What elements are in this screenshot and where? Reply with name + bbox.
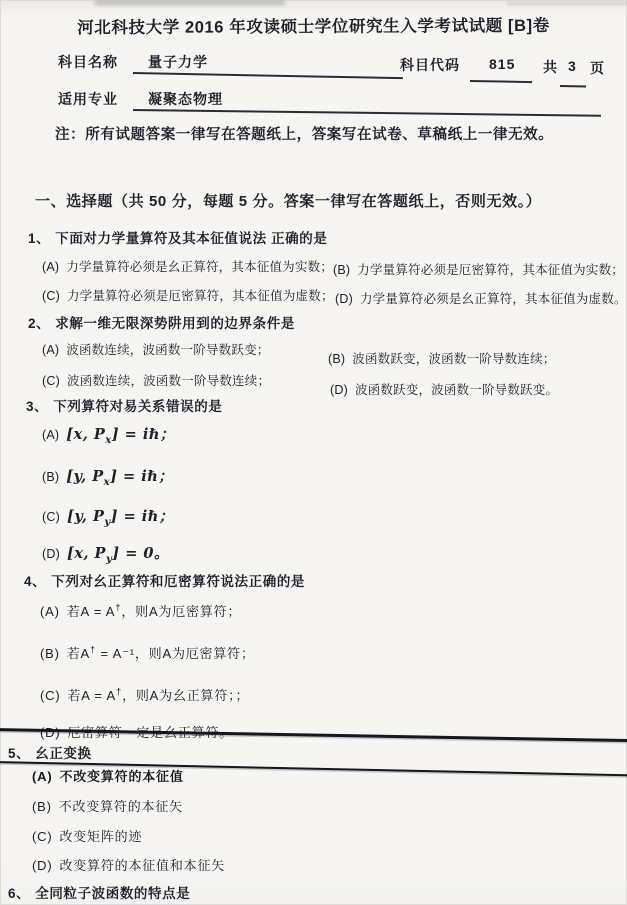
- question-2-text: 求解一维无限深势阱用到的边界条件是: [55, 316, 295, 331]
- question-1-number: 1、: [28, 231, 50, 246]
- pages-total-label: 共: [543, 57, 558, 77]
- question-3-option-a: (A)[x, Px] = iℏ；: [42, 423, 175, 446]
- exam-title: 河北科技大学 2016 年攻读硕士学位研究生入学考试试题 [B]卷: [0, 11, 627, 38]
- subject-name-label: 科目名称: [58, 52, 118, 72]
- exam-paper-page: 河北科技大学 2016 年攻读硕士学位研究生入学考试试题 [B]卷 科目名称 量…: [0, 0, 627, 905]
- question-3-option-b: (B)[y, Px] = iℏ；: [42, 465, 173, 488]
- question-4-text: 下列对幺正算符和厄密算符说法正确的是: [51, 574, 305, 589]
- question-3-number: 3、: [26, 399, 48, 414]
- question-1-stem: 1、下面对力学量算符及其本征值说法 正确的是: [28, 227, 327, 247]
- pages-total-value: 3: [568, 58, 577, 74]
- commutator-formula: [y, Py] = iℏ；: [67, 508, 174, 525]
- question-3-stem: 3、下列算符对易关系错误的是: [26, 395, 222, 415]
- major-label: 适用专业: [58, 89, 118, 109]
- question-2-option-a: (A)波函数连续，波函数一阶导数跃变；: [42, 340, 269, 358]
- question-5-stem: 5、幺正变换: [8, 742, 92, 762]
- question-5-option-c: (C)改变矩阵的迹: [32, 826, 142, 845]
- question-1-text: 下面对力学量算符及其本征值说法 正确的是: [55, 231, 327, 246]
- question-1-option-c: (C)力学量算符必须是厄密算符，其本征值为虚数；: [42, 286, 334, 304]
- question-1-option-d: (D)力学量算符必须是幺正算符，其本征值为虚数。: [335, 289, 627, 307]
- question-6-text: 全同粒子波函数的特点是: [35, 886, 190, 901]
- question-4-option-c: (C)若A = A†，则A为幺正算符；；: [40, 685, 249, 704]
- commutator-formula: [x, Py] = 0。: [67, 545, 169, 562]
- question-2-option-d: (D)波函数跃变，波函数一阶导数跃变。: [330, 380, 558, 398]
- scan-smudge-top-right: [507, 2, 627, 5]
- pages-total-underline: [560, 85, 586, 87]
- question-5-option-a: (A)不改变算符的本征值: [32, 766, 184, 785]
- subject-code-label: 科目代码: [400, 55, 460, 75]
- question-2-stem: 2、求解一维无限深势阱用到的边界条件是: [28, 312, 295, 332]
- subject-code-value: 815: [489, 56, 515, 72]
- question-3-option-c: (C)[y, Py] = iℏ；: [42, 505, 174, 528]
- question-2-option-b: (B)波函数跃变，波函数一阶导数连续；: [328, 349, 555, 367]
- subject-code-underline: [470, 80, 532, 83]
- scan-smudge-top: [95, 0, 285, 5]
- question-2-option-c: (C)波函数连续，波函数一阶导数连续；: [42, 371, 270, 389]
- question-5-number: 5、: [8, 746, 30, 761]
- question-5-text: 幺正变换: [35, 746, 91, 761]
- subject-name-value: 量子力学: [148, 52, 208, 72]
- commutator-formula: [y, Px] = iℏ；: [66, 468, 173, 485]
- question-5-option-b: (B)不改变算符的本征矢: [32, 796, 183, 815]
- question-4-option-a: (A)若A = A†，则A为厄密算符；: [40, 601, 241, 620]
- question-4-number: 4、: [24, 574, 46, 589]
- question-3-text: 下列算符对易关系错误的是: [53, 399, 222, 414]
- question-4-stem: 4、下列对幺正算符和厄密算符说法正确的是: [24, 570, 305, 590]
- section-heading-multiple-choice: 一、选择题（共 50 分，每题 5 分。答案一律写在答题纸上，否则无效。）: [35, 190, 541, 211]
- question-5-option-d: (D)改变算符的本征值和本征矢: [32, 855, 225, 874]
- question-2-number: 2、: [28, 316, 50, 331]
- subject-name-underline: [133, 72, 403, 79]
- question-4-option-b: (B)若A† = A⁻¹，则A为厄密算符；: [40, 643, 255, 662]
- major-underline: [133, 109, 601, 117]
- question-1-option-a: (A)力学量算符必须是幺正算符，其本征值为实数；: [42, 257, 333, 275]
- question-6-stem: 6、全同粒子波函数的特点是: [8, 882, 190, 902]
- question-1-option-b: (B)力学量算符必须是厄密算符，其本征值为实数；: [333, 260, 624, 278]
- exam-notice: 注：所有试题答案一律写在答题纸上，答案写在试卷、草稿纸上一律无效。: [55, 123, 553, 144]
- pages-unit-label: 页: [590, 58, 605, 78]
- major-value: 凝聚态物理: [148, 89, 223, 109]
- question-6-number: 6、: [8, 886, 30, 901]
- commutator-formula: [x, Px] = iℏ；: [66, 426, 175, 443]
- question-3-option-d: (D)[x, Py] = 0。: [42, 542, 169, 565]
